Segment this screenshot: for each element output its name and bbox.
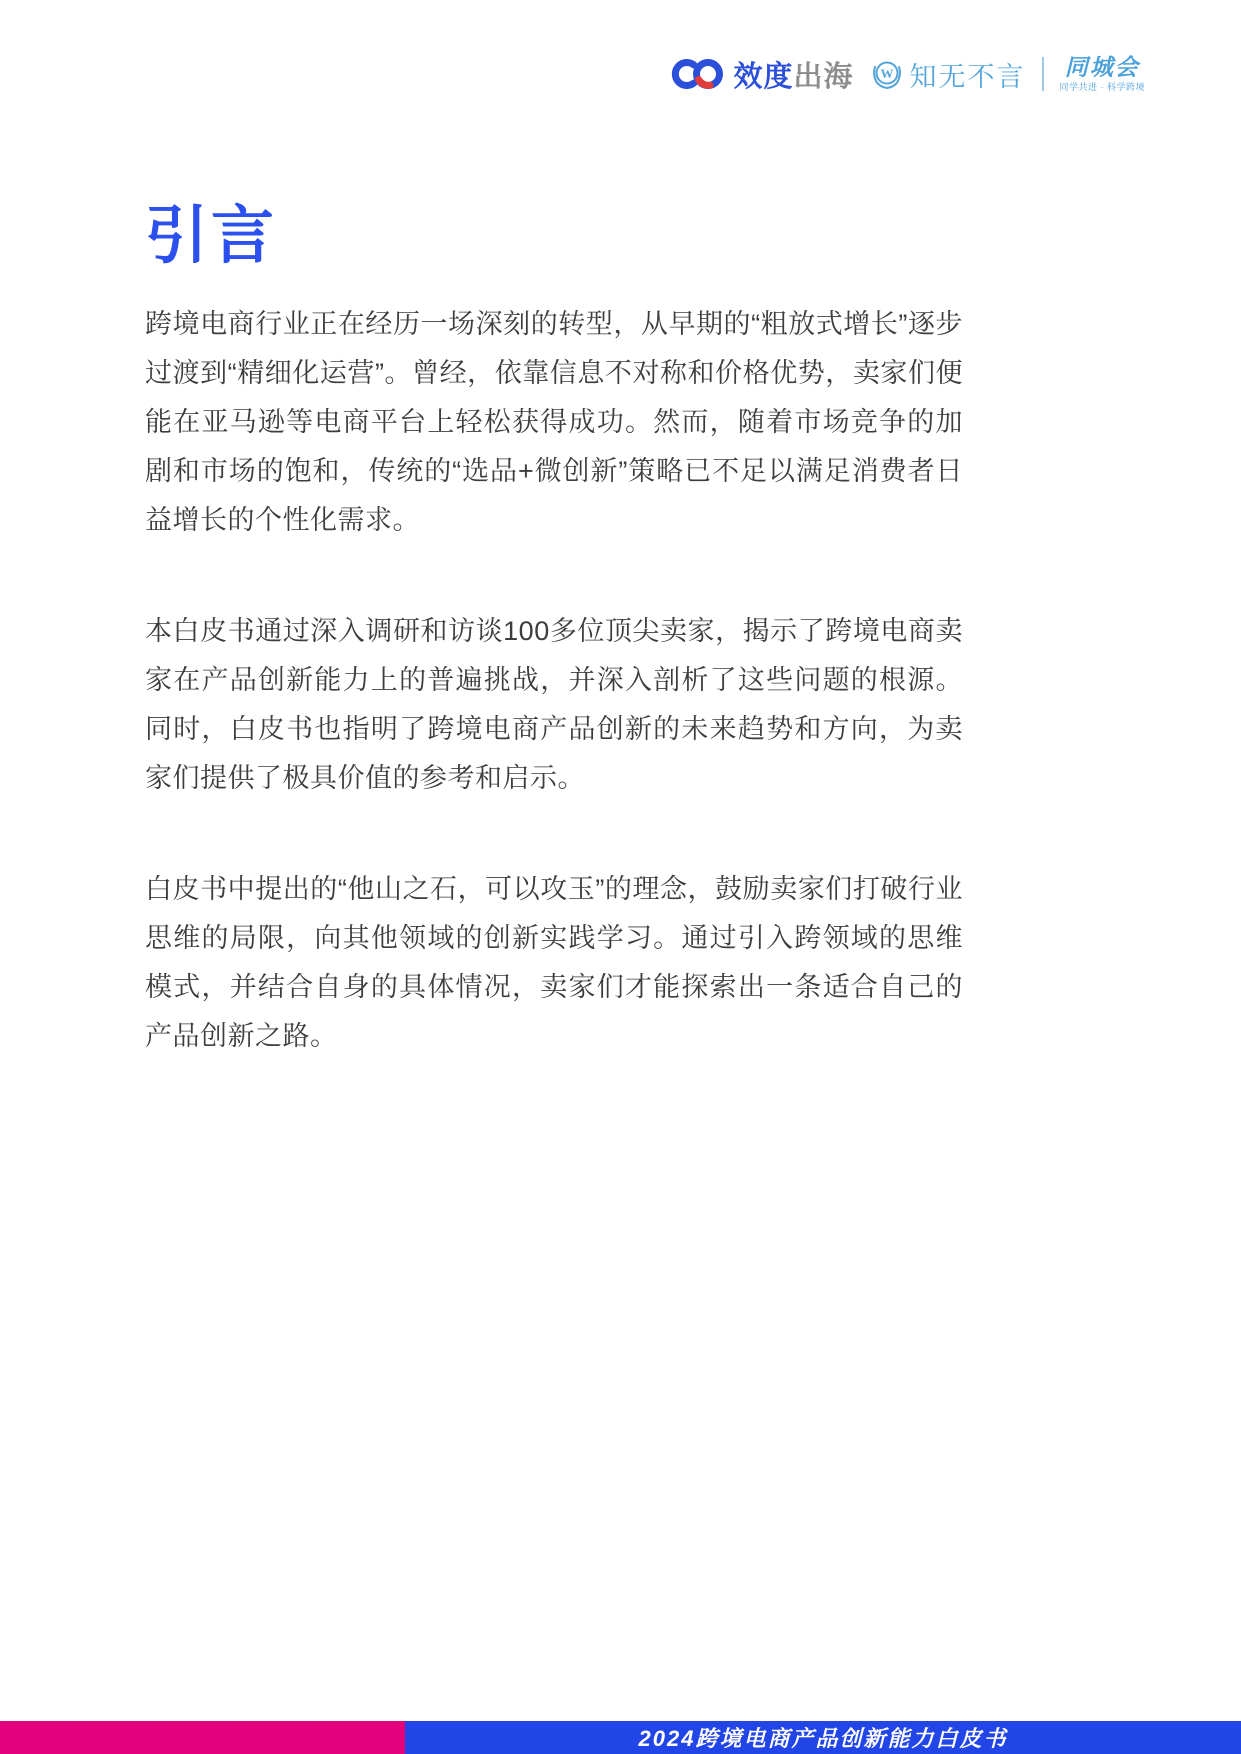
document-page: 效度出海 W 知无不言 同城会 同学共进 · 科学跨境 引言 跨境电商行业正在经… — [0, 0, 1241, 1754]
footer-title: 2024跨境电商产品创新能力白皮书 — [639, 1722, 1008, 1753]
body-text: 跨境电商行业正在经历一场深刻的转型，从早期的“粗放式增长”逐步过渡到“精细化运营… — [145, 300, 963, 1123]
laurel-w-icon: W — [870, 57, 904, 91]
paragraph-3: 白皮书中提出的“他山之石，可以攻玉”的理念，鼓励卖家们打破行业思维的局限，向其他… — [145, 865, 963, 1061]
brand-xiaodu-secondary: 出海 — [793, 61, 853, 93]
paragraph-2: 本白皮书通过深入调研和访谈100多位顶尖卖家，揭示了跨境电商卖家在产品创新能力上… — [145, 607, 963, 803]
laurel-w-letter: W — [880, 66, 893, 81]
brand-zhiwubuyan-label: 知无不言 — [910, 55, 1026, 94]
brand-zhiwubuyan: W 知无不言 — [870, 55, 1026, 94]
footer-blue-bar: 2024跨境电商产品创新能力白皮书 — [405, 1721, 1241, 1754]
co-rings-icon — [669, 56, 727, 92]
brand-xiaodu-label: 效度出海 — [733, 54, 853, 95]
brand-tongchenghui-tagline: 同学共进 · 科学跨境 — [1060, 83, 1146, 92]
footer-pink-bar — [0, 1721, 405, 1754]
page-title: 引言 — [145, 197, 277, 276]
paragraph-1: 跨境电商行业正在经历一场深刻的转型，从早期的“粗放式增长”逐步过渡到“精细化运营… — [145, 300, 963, 545]
brand-tongchenghui-label: 同城会 — [1065, 56, 1140, 79]
header-brand-row: 效度出海 W 知无不言 同城会 同学共进 · 科学跨境 — [669, 50, 1145, 98]
footer-band: 2024跨境电商产品创新能力白皮书 — [0, 1721, 1241, 1754]
brand-divider — [1042, 57, 1044, 91]
brand-xiaodu-chuhai: 效度出海 — [669, 54, 853, 95]
brand-tongchenghui: 同城会 同学共进 · 科学跨境 — [1060, 56, 1146, 92]
brand-xiaodu-primary: 效度 — [733, 61, 793, 93]
